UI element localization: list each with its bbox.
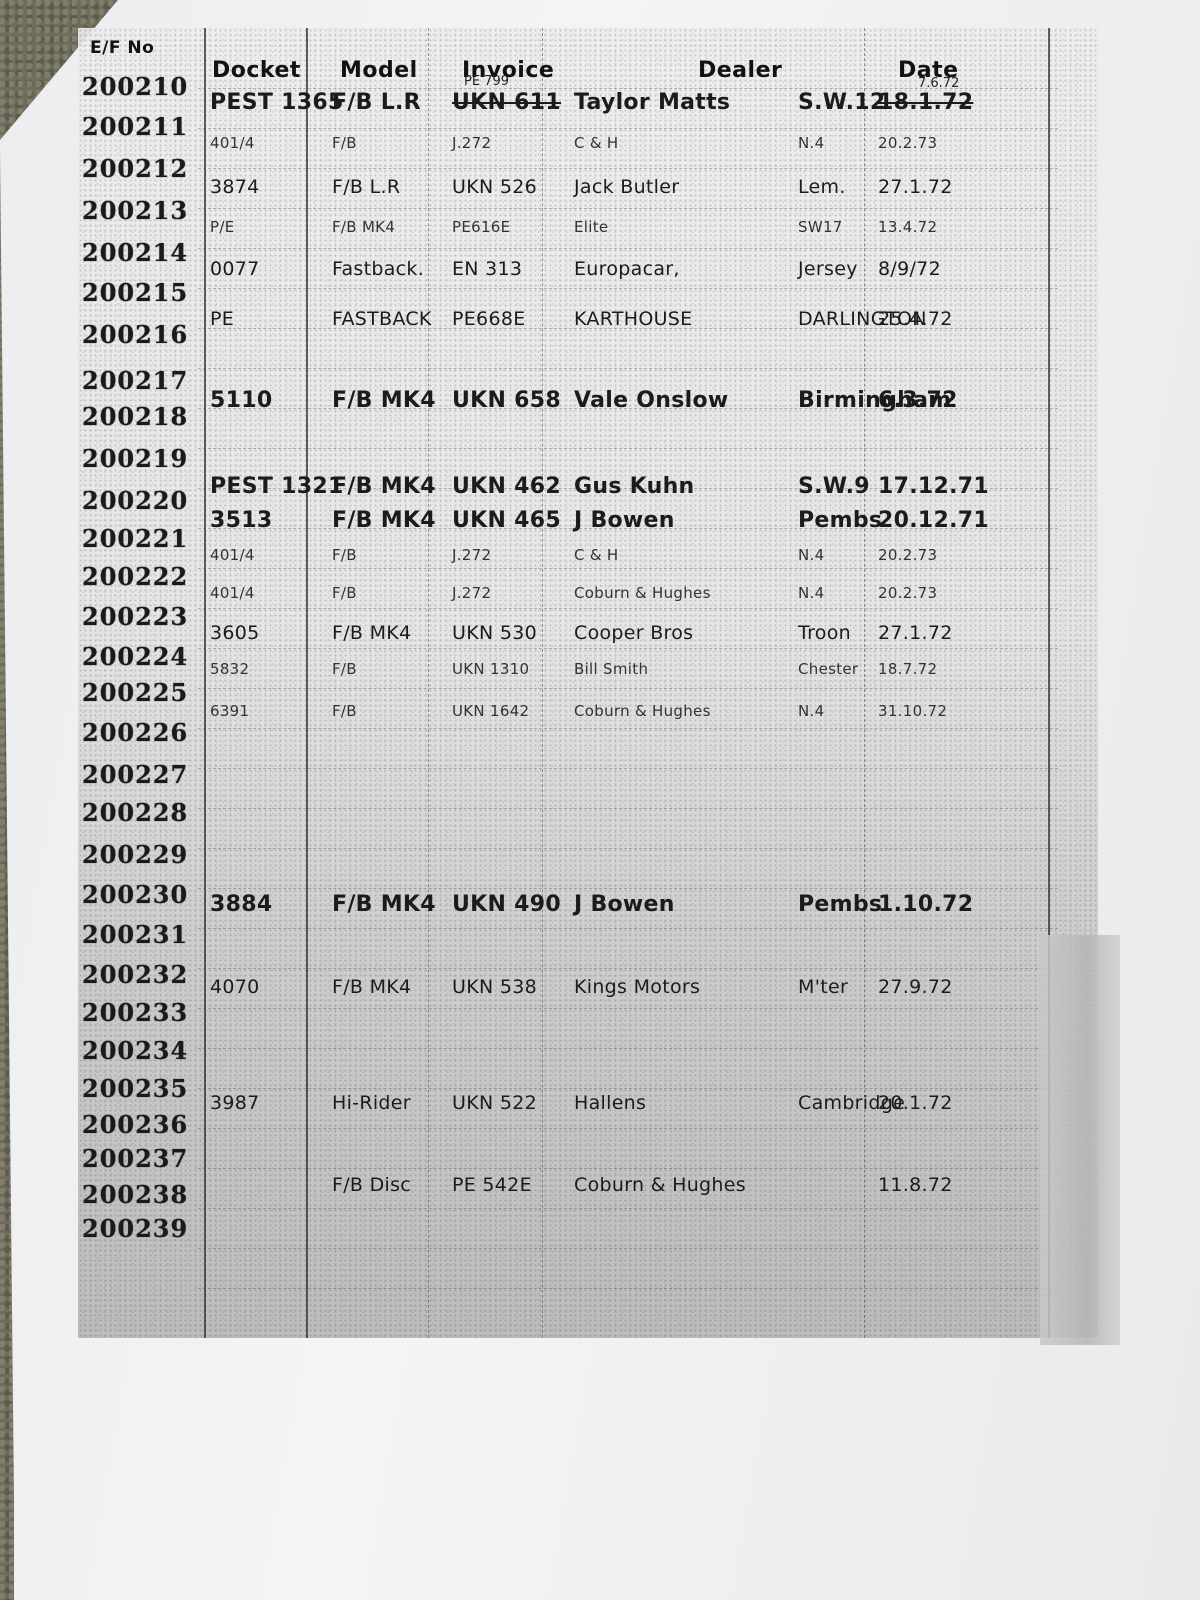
cell-model: F/B — [332, 134, 357, 152]
frame-number: 200226 — [82, 718, 202, 747]
invoice-correction: PE 799 — [464, 74, 509, 89]
cell-invoice: UKN 538 — [452, 976, 537, 998]
rule-line — [198, 208, 1058, 209]
rule-line — [198, 968, 1058, 969]
cell-docket: 0077 — [210, 258, 260, 280]
cell-location: M'ter — [798, 976, 848, 998]
cell-invoice: UKN 526 — [452, 176, 537, 198]
cell-date: 27.1.72 — [878, 176, 953, 198]
cell-dealer: Coburn & Hughes — [574, 584, 711, 602]
rule-line — [198, 648, 1058, 649]
frame-number: 200236 — [82, 1110, 202, 1139]
cell-model: F/B — [332, 584, 357, 602]
cell-invoice: UKN 658 — [452, 388, 561, 413]
frame-number: 200221 — [82, 524, 202, 553]
folded-paper-flap — [1040, 935, 1120, 1345]
cell-dealer: Coburn & Hughes — [574, 1174, 746, 1196]
cell-docket: 401/4 — [210, 546, 255, 564]
cell-date: 20.2.73 — [878, 584, 937, 602]
frame-number: 200229 — [82, 840, 202, 869]
cell-docket: 5110 — [210, 388, 272, 413]
frame-number: 200217 — [82, 366, 202, 395]
cell-model: F/B L.R — [332, 90, 421, 115]
cell-model: F/B MK4 — [332, 508, 436, 533]
cell-docket: 3874 — [210, 176, 260, 198]
frame-number: 200233 — [82, 998, 202, 1027]
rule-line — [198, 408, 1058, 409]
header-docket: Docket — [212, 58, 301, 83]
frame-number: 200235 — [82, 1074, 202, 1103]
rule-line — [198, 1288, 1058, 1289]
cell-dealer: Coburn & Hughes — [574, 702, 711, 720]
cell-docket: P/E — [210, 218, 234, 236]
frame-number: 200211 — [82, 112, 202, 141]
cell-invoice: UKN 490 — [452, 892, 561, 917]
cell-dealer: J Bowen — [574, 892, 675, 917]
cell-date: 31.10.72 — [878, 702, 947, 720]
frame-number: 200214 — [82, 238, 202, 267]
cell-model: F/B MK4 — [332, 218, 395, 236]
cell-dealer: Vale Onslow — [574, 388, 729, 413]
column-divider — [204, 28, 206, 1338]
frame-number: 200234 — [82, 1036, 202, 1065]
cell-docket: 3605 — [210, 622, 260, 644]
cell-location: Pembs — [798, 508, 882, 533]
cell-date: 13.4.72 — [878, 218, 937, 236]
cell-date: 18.1.72 — [878, 90, 973, 115]
cell-date: 8/9/72 — [878, 258, 941, 280]
rule-line — [198, 328, 1058, 329]
frame-number: 200224 — [82, 642, 202, 671]
cell-invoice: PE 542E — [452, 1174, 532, 1196]
rule-line — [198, 768, 1058, 769]
rule-line — [198, 1248, 1058, 1249]
rule-line — [198, 168, 1058, 169]
cell-dealer: Taylor Matts — [574, 90, 730, 115]
cell-invoice: J.272 — [452, 584, 491, 602]
rule-line — [198, 1168, 1058, 1169]
cell-invoice: PE616E — [452, 218, 510, 236]
frame-number: 200230 — [82, 880, 202, 909]
frame-number: 200216 — [82, 320, 202, 349]
cell-date: 6.3.72 — [878, 388, 958, 413]
cell-location: S.W.9 — [798, 474, 870, 499]
cell-invoice: PE668E — [452, 308, 526, 330]
cell-date: 20.1.72 — [878, 1092, 953, 1114]
cell-invoice: UKN 1310 — [452, 660, 529, 678]
rule-line — [198, 808, 1058, 809]
cell-dealer: C & H — [574, 546, 619, 564]
cell-date: 11.8.72 — [878, 1174, 953, 1196]
frame-number: 200215 — [82, 278, 202, 307]
frame-number: 200231 — [82, 920, 202, 949]
cell-docket: 6391 — [210, 702, 249, 720]
ledger-photocopy: E/F No Docket Model Invoice Dealer Date … — [78, 28, 1098, 1338]
rule-line — [198, 88, 1058, 89]
cell-invoice: J.272 — [452, 546, 491, 564]
cell-date: 17.12.71 — [878, 474, 989, 499]
column-divider — [542, 28, 543, 1338]
cell-location: Troon — [798, 622, 851, 644]
cell-model: F/B MK4 — [332, 976, 411, 998]
cell-location: Chester — [798, 660, 858, 678]
rule-line — [198, 448, 1058, 449]
cell-model: Hi-Rider — [332, 1092, 411, 1114]
rule-line — [198, 1008, 1058, 1009]
rule-line — [198, 248, 1058, 249]
cell-location: N.4 — [798, 546, 824, 564]
cell-location: N.4 — [798, 134, 824, 152]
rule-line — [198, 688, 1058, 689]
header-frame-no: E/F No — [90, 38, 154, 58]
cell-dealer: Gus Kuhn — [574, 474, 695, 499]
frame-number: 200227 — [82, 760, 202, 789]
cell-date: 27.9.72 — [878, 976, 953, 998]
rule-line — [198, 848, 1058, 849]
frame-number: 200219 — [82, 444, 202, 473]
cell-location: Lem. — [798, 176, 846, 198]
cell-invoice: UKN 530 — [452, 622, 537, 644]
frame-number: 200210 — [82, 72, 202, 101]
cell-docket: PEST 1365 — [210, 90, 344, 115]
frame-number: 200238 — [82, 1180, 202, 1209]
cell-invoice: UKN 462 — [452, 474, 561, 499]
frame-number: 200225 — [82, 678, 202, 707]
cell-date: 20.12.71 — [878, 508, 989, 533]
cell-model: F/B MK4 — [332, 622, 411, 644]
cell-dealer: KARTHOUSE — [574, 308, 692, 330]
cell-docket: PEST 1321 — [210, 474, 344, 499]
rule-line — [198, 528, 1058, 529]
frame-number: 200220 — [82, 486, 202, 515]
cell-invoice: UKN 611 — [452, 90, 561, 115]
cell-invoice: UKN 522 — [452, 1092, 537, 1114]
cell-date: 18.7.72 — [878, 660, 937, 678]
cell-docket: 3884 — [210, 892, 272, 917]
cell-location: Jersey — [798, 258, 858, 280]
cell-dealer: Elite — [574, 218, 608, 236]
frame-number: 200222 — [82, 562, 202, 591]
cell-model: F/B MK4 — [332, 388, 436, 413]
cell-model: F/B — [332, 660, 357, 678]
cell-model: FASTBACK — [332, 308, 432, 330]
header-dealer: Dealer — [698, 58, 782, 83]
cell-dealer: Europacar, — [574, 258, 680, 280]
cell-model: F/B MK4 — [332, 474, 436, 499]
frame-number: 200212 — [82, 154, 202, 183]
cell-docket: 3987 — [210, 1092, 260, 1114]
rule-line — [198, 1128, 1058, 1129]
rule-line — [198, 128, 1058, 129]
cell-invoice: UKN 1642 — [452, 702, 529, 720]
rule-line — [198, 1208, 1058, 1209]
frame-number: 200218 — [82, 402, 202, 431]
frame-number: 200228 — [82, 798, 202, 827]
cell-dealer: Bill Smith — [574, 660, 648, 678]
cell-docket: 5832 — [210, 660, 249, 678]
cell-location: S.W.12 — [798, 90, 885, 115]
cell-model: F/B Disc — [332, 1174, 411, 1196]
cell-invoice: J.272 — [452, 134, 491, 152]
cell-model: F/B — [332, 702, 357, 720]
cell-docket: 401/4 — [210, 584, 255, 602]
cell-date: 20.2.73 — [878, 134, 937, 152]
rule-line — [198, 368, 1058, 369]
rule-line — [198, 568, 1058, 569]
cell-model: F/B MK4 — [332, 892, 436, 917]
cell-invoice: EN 313 — [452, 258, 522, 280]
column-divider — [864, 28, 865, 1338]
cell-date: 1.10.72 — [878, 892, 973, 917]
header-model: Model — [340, 58, 418, 83]
cell-location: N.4 — [798, 584, 824, 602]
column-divider — [306, 28, 308, 1338]
cell-docket: PE — [210, 308, 234, 330]
frame-number: 200239 — [82, 1214, 202, 1243]
cell-dealer: Hallens — [574, 1092, 646, 1114]
cell-date: 27.1.72 — [878, 622, 953, 644]
cell-location: N.4 — [798, 702, 824, 720]
cell-dealer: Cooper Bros — [574, 622, 693, 644]
cell-dealer: C & H — [574, 134, 619, 152]
cell-location: SW17 — [798, 218, 843, 236]
cell-docket: 4070 — [210, 976, 260, 998]
frame-number: 200237 — [82, 1144, 202, 1173]
cell-dealer: Jack Butler — [574, 176, 679, 198]
rule-line — [198, 1048, 1058, 1049]
rule-line — [198, 488, 1058, 489]
rule-line — [198, 728, 1058, 729]
rule-line — [198, 608, 1058, 609]
cell-docket: 3513 — [210, 508, 272, 533]
cell-docket: 401/4 — [210, 134, 255, 152]
cell-model: F/B — [332, 546, 357, 564]
cell-invoice: UKN 465 — [452, 508, 561, 533]
frame-number: 200232 — [82, 960, 202, 989]
column-divider — [428, 28, 429, 1338]
rule-line — [198, 888, 1058, 889]
rule-line — [198, 288, 1058, 289]
cell-date: 25.4.72 — [878, 308, 953, 330]
cell-dealer: Kings Motors — [574, 976, 700, 998]
cell-model: F/B L.R — [332, 176, 400, 198]
cell-dealer: J Bowen — [574, 508, 675, 533]
frame-number: 200213 — [82, 196, 202, 225]
rule-line — [198, 928, 1058, 929]
rule-line — [198, 1088, 1058, 1089]
frame-number: 200223 — [82, 602, 202, 631]
cell-date: 20.2.73 — [878, 546, 937, 564]
cell-location: Pembs — [798, 892, 882, 917]
cell-model: Fastback. — [332, 258, 424, 280]
